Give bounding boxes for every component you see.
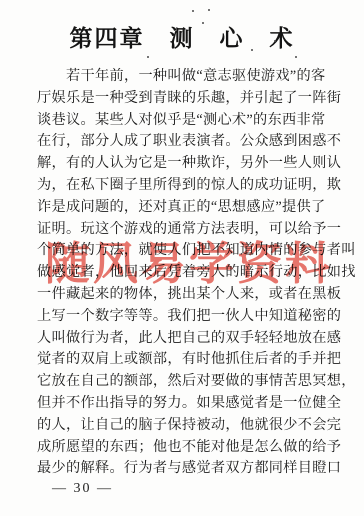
text-line: 谈巷议。某些人对似乎是“测心术”的东西非常	[37, 110, 347, 132]
text-line: 最少的解释。行为者与感觉者双方都同样目瞪口	[37, 458, 347, 480]
scan-speck	[251, 49, 253, 51]
text-line: 在行，部分人成了职业表演者。公众感到困惑不	[37, 131, 347, 153]
body-text: 若干年前，一种叫做“意志驱使游戏”的客 厅娱乐是一种受到青睐的乐趣，并引起了一阵…	[37, 66, 347, 480]
text-line: 的人，让自己的脑子保持被动，他就很少不会完	[37, 415, 347, 437]
text-line: 厅娱乐是一种受到青睐的乐趣，并引起了一阵街	[37, 88, 347, 110]
text-line: 做感觉者，他回来后凭着旁人的暗示行动，比如找	[37, 262, 347, 284]
text-line: 它放在自己的额部，然后对要做的事情苦思冥想，	[37, 371, 347, 393]
text-line: 证明。玩这个游戏的通常方法表明，可以给予一	[37, 219, 347, 241]
scan-speck	[192, 10, 194, 12]
text-line: 个简单的方法，就使人们把不知道内情的参与者叫	[37, 240, 347, 262]
scan-speck	[295, 56, 297, 58]
scanned-book-page: 第四章 测 心 术 若干年前，一种叫做“意志驱使游戏”的客 厅娱乐是一种受到青睐…	[0, 0, 364, 516]
text-line: 成所愿望的东西；他也不能对他是怎么做的给予	[37, 437, 347, 459]
text-line: 为，在私下圈子里所得到的惊人的成功证明，欺	[37, 175, 347, 197]
text-line: 上写一个数字等等。我们把一伙人中知道秘密的	[37, 306, 347, 328]
scan-speck	[274, 40, 276, 42]
text-line: 若干年前，一种叫做“意志驱使游戏”的客	[37, 66, 347, 88]
text-line: 但并不作出指导的努力。如果感觉者是一位健全	[37, 393, 347, 415]
page-number: — 30 —	[52, 481, 113, 497]
scan-speck	[147, 56, 149, 58]
scan-speck	[208, 9, 210, 11]
text-line: 人叫做行为者，此人把自己的双手轻轻地放在感	[37, 328, 347, 350]
chapter-title: 第四章 测 心 术	[0, 20, 364, 53]
text-line: 觉者的双肩上或额部，有时他抓住后者的手并把	[37, 349, 347, 371]
text-line: 一件藏起来的物体，挑出某个人来，或者在黑板	[37, 284, 347, 306]
text-line: 诈是成问题的，还对真正的“思想感应”提供了	[37, 197, 347, 219]
text-line: 解，有的人认为它是一种欺诈，另外一些人则认	[37, 153, 347, 175]
scan-speck	[202, 22, 204, 24]
